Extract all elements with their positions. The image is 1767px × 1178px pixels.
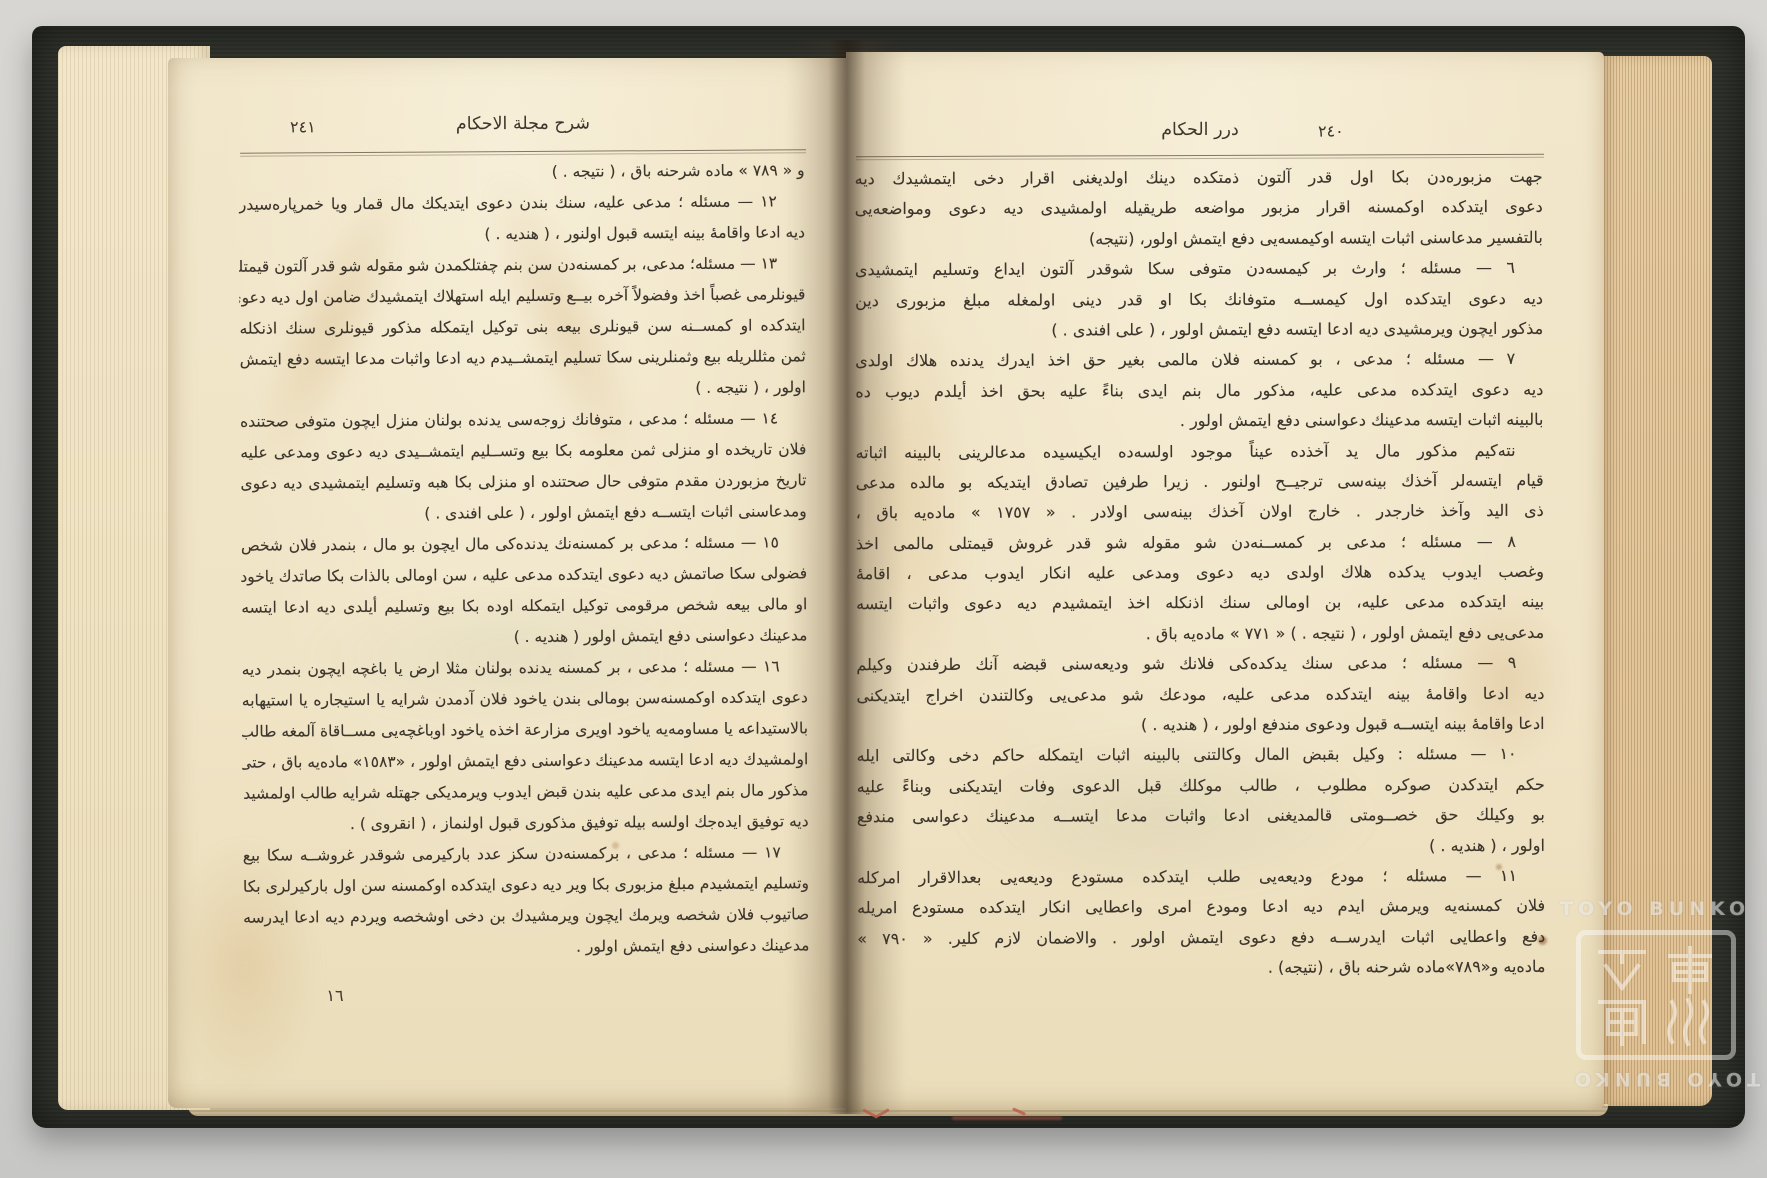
text-line: و « ٧٨٩ » ماده شرحنه باق ، ( نتيجه . ) [239, 155, 805, 189]
text-line: ٧ — مسئله ؛ مدعى ، بو كمسنه فلان مالمى ب… [855, 344, 1543, 377]
text-line: مذكور ايچون ويرمشيدى ديه ادعا ايتسه دفع … [855, 314, 1543, 347]
text-line: ١٦ — مسئله ؛ مدعى ، بر كمسنه يدنده بولنا… [242, 651, 808, 685]
text-line: اولمشيدك ديه ادعا ايتسه مدعينك دعواسنى د… [242, 744, 808, 778]
text-line: ذى اليد وآخذ خارجدر . خارج اولان آخذك بي… [856, 496, 1544, 529]
text-line: ١٧ — مسئله ؛ مدعى ، بركمسنه‌دن سكز عدد ب… [243, 837, 809, 871]
text-line: بالبينه اثبات ايتسه مدعينك دعواسنى دفع ا… [855, 405, 1543, 438]
text-line: ١٢ — مسئله ؛ مدعى عليه، سنك بندن دعوى اي… [239, 186, 805, 220]
text-line: ١٣ — مسئله؛ مدعى، بر كمسنه‌دن سن بنم چفت… [239, 248, 805, 282]
text-line: حكم ايتدكدن صوكره مطلوب ، طالب موكلك قبل… [857, 770, 1545, 803]
right-page-header: ٢٤٠ درر الحكام [856, 117, 1544, 161]
text-line: ديه دعوى ايتدكده مدعى عليه، مذكور مال بن… [855, 375, 1543, 408]
text-line: ماده‌يه و«٧٨٩»ماده شرحنه باق ، (نتيجه) . [857, 952, 1545, 985]
text-line: ١٥ — مسئله ؛ مدعى بر كمسنه‌نك يدنده‌كى م… [241, 527, 807, 561]
text-line: ومدعاسنى اثبات ايتســه دفع ايتمش اولور ،… [241, 496, 807, 530]
text-line: ايتدكده او كمســنه سن قيونلرى بيعه بنى ت… [239, 310, 805, 344]
text-line: مدعينك دعواسنى دفع ايتمش اولور . [243, 930, 809, 964]
text-line: بالتفسير مدعاسنى اثبات ايتسه اوكيمسه‌يى … [855, 223, 1543, 256]
text-line: مذكور مال بنم ايدى مدعى عليه بندن قبض اي… [242, 775, 808, 809]
signature-mark: ١٦ [300, 986, 370, 1005]
photo-of-open-book: { "photo": { "background_color": "#d3d1c… [0, 0, 1767, 1178]
watermark-text-bottom: TOYO BUNKO [1562, 1068, 1760, 1090]
text-line: فلان كمسنه‌يه ويرمش ايدم ديه ادعا ومودع … [857, 891, 1545, 924]
gutter-shadow [786, 40, 906, 1114]
text-line: ١٠ — مسئله : وكيل بقبض المال وكالتنى بال… [857, 739, 1545, 772]
right-page-text: جهت مزبوره‌دن بكا اول قدر آلتون ذمتكده د… [855, 162, 1546, 985]
left-page-header: ٢٤١ شرح مجلة الاحكام [240, 110, 806, 157]
text-line: ١١ — مسئله ؛ مودع وديعه‌يى طلب ايتدكده م… [857, 861, 1545, 894]
text-line: ٦ — مسئله ؛ وارث بر كيمسه‌دن متوفى سكا ش… [855, 253, 1543, 286]
text-line: ديه ادعا واقامهٔ بينه ايتدكده مدعى عليه،… [856, 678, 1544, 711]
text-line: دعوى ايتدكده اوكمسنه اقرار مزبور مواضعه … [855, 192, 1543, 225]
text-line: ٨ — مسئله ؛ مدعى بر كمســنه‌دن شو مقوله … [856, 526, 1544, 559]
text-line: نته‌كيم مذكور مال يد آخذده عيناً موجود ا… [856, 435, 1544, 468]
text-line: ٩ — مسئله ؛ مدعى سنك يدكده‌كى فلانك شو و… [856, 648, 1544, 681]
text-line: ثمن مثللريله بيع وثمنلرينى سكا تسليم ايت… [240, 341, 806, 375]
text-line: مدعينك دعواسنى دفع ايتمش اولور ( هنديه .… [241, 620, 807, 654]
text-line: فضولى سكا صاتمش ديه دعوى ايتدكده مدعى عل… [241, 558, 807, 592]
text-line: اولور ، ( نتيجه . ) [240, 372, 806, 406]
watermark-text-top: TOYO BUNKO [1560, 898, 1760, 920]
text-line: ادعا واقامهٔ بينه ايتســه قبول ودعوى مند… [856, 709, 1544, 742]
text-line: ديه دعوى ايتدكده اول كيمســه متوفانك بكا… [855, 283, 1543, 316]
text-line: ١٤ — مسئله ؛ مدعى ، متوفانك زوجه‌سى يدند… [240, 403, 806, 437]
text-line: ديه ادعا واقامهٔ بينه ايتسه قبول اولنور … [239, 217, 805, 251]
text-line: فلان تاريخده او منزلى ثمن معلومه بكا بيع… [240, 434, 806, 468]
text-line: ديه توفيق ايده‌جك اولسه بيله توفيق مذكور… [243, 806, 809, 840]
text-line: دعوى ايتدكده اوكمسنه‌سن بومالى بندن ياخو… [242, 682, 808, 716]
text-line: اولور ، ( هنديه . ) [857, 830, 1545, 863]
text-line: جهت مزبوره‌دن بكا اول قدر آلتون ذمتكده د… [855, 162, 1543, 195]
text-line: بينه ايتدكده مدعى عليه، بن اومالى سنك اذ… [856, 587, 1544, 620]
toyo-bunko-seal-icon [1576, 930, 1736, 1060]
text-line: صاتيوب فلان شخصه ويرمك ايچون ويرمشيدك بن… [243, 899, 809, 933]
library-watermark: TOYO BUNKO TOYO BUNKO [1560, 898, 1760, 1090]
text-line: تاريخ مزبوردن مقدم متوفى حال صحتنده او م… [240, 465, 806, 499]
text-line: وغصب ايدوب يدكده هلاك اولدى ديه دعوى ومد… [856, 557, 1544, 590]
text-line: او مالى بيعه شخص مرقومى توكيل ايتمكله او… [241, 589, 807, 623]
text-line: قيونلرمى غصباً اخذ وفضولاً آخره بيــع وت… [239, 279, 805, 313]
text-line: بالاستيداعه يا مساومه‌يه ياخود اويرى مزا… [242, 713, 808, 747]
left-page-text: و « ٧٨٩ » ماده شرحنه باق ، ( نتيجه . )١٢… [239, 155, 810, 964]
right-page-title: درر الحكام [856, 119, 1544, 141]
text-line: قيام ايتسه‌لر آخذك بينه‌سى ترجيــح اولنو… [856, 466, 1544, 499]
seal-glyphs [1586, 940, 1726, 1050]
text-line: وتسليم ايتمشيدم مبلغ مزبورى بكا وير ديه … [243, 868, 809, 902]
text-line: بو وكيلك حق خصــومتى قالمديغنى ادعا واثب… [857, 800, 1545, 833]
sewing-thread [952, 1116, 1062, 1120]
text-line: دفع واعطايى اثبات ايدرســه دفع دعوى ايتم… [857, 922, 1545, 955]
text-line: مدعى‌يى دفع ايتمش اولور ، ( نتيجه . ) « … [856, 618, 1544, 651]
left-page-title: شرح مجلة الاحكام [240, 112, 806, 135]
